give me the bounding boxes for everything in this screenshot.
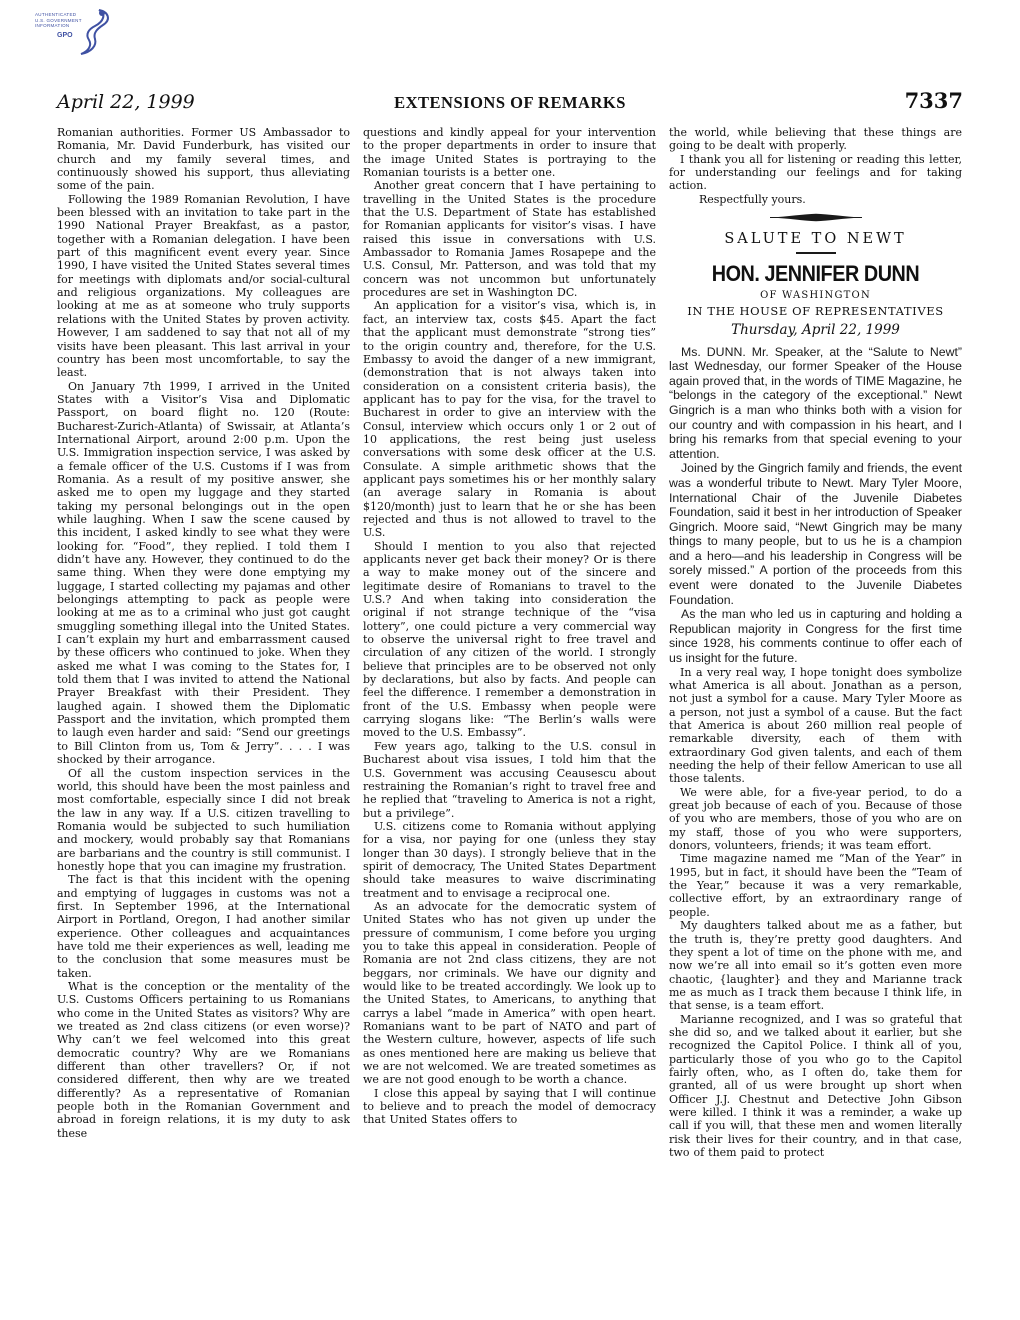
paragraph: Of all the custom inspection services in… bbox=[57, 767, 350, 874]
issue-date: April 22, 1999 bbox=[57, 91, 309, 113]
paragraph: the world, while believing that these th… bbox=[669, 126, 962, 153]
congressional-record-page: AUTHENTICATED U.S. GOVERNMENT INFORMATIO… bbox=[0, 0, 1020, 1320]
paragraph: Another great concern that I have pertai… bbox=[363, 179, 656, 299]
paragraph: What is the conception or the mentality … bbox=[57, 980, 350, 1140]
paragraph: Joined by the Gingrich family and friend… bbox=[669, 461, 962, 607]
member-name: HON. JENNIFER DUNN bbox=[684, 261, 948, 287]
paragraph: We were able, for a five-year period, to… bbox=[669, 786, 962, 853]
letter-conclusion: the world, while believing that these th… bbox=[669, 126, 962, 193]
paragraph: Ms. DUNN. Mr. Speaker, at the “Salute to… bbox=[669, 345, 962, 462]
paragraph: questions and kindly appeal for your int… bbox=[363, 126, 656, 179]
section-divider-flourish bbox=[770, 213, 862, 222]
gpo-authentication-logo: AUTHENTICATED U.S. GOVERNMENT INFORMATIO… bbox=[35, 8, 113, 56]
title-rule bbox=[796, 252, 836, 254]
paragraph: In a very real way, I hope tonight does … bbox=[669, 666, 962, 786]
paragraph: The fact is that this incident with the … bbox=[57, 873, 350, 980]
paragraph: On January 7th 1999, I arrived in the Un… bbox=[57, 380, 350, 767]
page-number: 7337 bbox=[711, 88, 963, 113]
session-date: Thursday, April 22, 1999 bbox=[669, 322, 962, 338]
paragraph: As an advocate for the democratic system… bbox=[363, 900, 656, 1087]
running-head: April 22, 1999 EXTENSIONS OF REMARKS 733… bbox=[57, 88, 963, 113]
paragraph: Should I mention to you also that reject… bbox=[363, 540, 656, 740]
paragraph: Romanian authorities. Former US Ambassad… bbox=[57, 126, 350, 193]
paragraph: Few years ago, talking to the U.S. consu… bbox=[363, 740, 656, 820]
paragraph: Time magazine named me “Man of the Year”… bbox=[669, 852, 962, 919]
paragraph: I close this appeal by saying that I wil… bbox=[363, 1087, 656, 1127]
paragraph: Following the 1989 Romanian Revolution, … bbox=[57, 193, 350, 380]
section-title: EXTENSIONS OF REMARKS bbox=[309, 93, 712, 113]
paragraph: My daughters talked about me as a father… bbox=[669, 919, 962, 1012]
column-1: Romanian authorities. Former US Ambassad… bbox=[57, 126, 350, 1252]
extension-title: SALUTE TO NEWT bbox=[669, 231, 962, 247]
paragraph: U.S. citizens come to Romania without ap… bbox=[363, 820, 656, 900]
column-2: questions and kindly appeal for your int… bbox=[363, 126, 656, 1252]
paragraph: Marianne recognized, and I was so gratef… bbox=[669, 1013, 962, 1160]
speech-text: Ms. DUNN. Mr. Speaker, at the “Salute to… bbox=[669, 345, 962, 666]
gpo-swoosh-icon bbox=[69, 8, 113, 56]
paragraph: I thank you all for listening or reading… bbox=[669, 153, 962, 193]
text-columns: Romanian authorities. Former US Ambassad… bbox=[57, 126, 963, 1252]
column-3: the world, while believing that these th… bbox=[669, 126, 962, 1252]
chamber-line: IN THE HOUSE OF REPRESENTATIVES bbox=[669, 304, 962, 318]
letter-closing: Respectfully yours. bbox=[669, 193, 962, 206]
paragraph: As the man who led us in capturing and h… bbox=[669, 607, 962, 665]
quoted-remarks: In a very real way, I hope tonight does … bbox=[669, 666, 962, 1160]
member-state: OF WASHINGTON bbox=[669, 290, 962, 301]
paragraph: An application for a visitor’s visa, whi… bbox=[363, 299, 656, 539]
